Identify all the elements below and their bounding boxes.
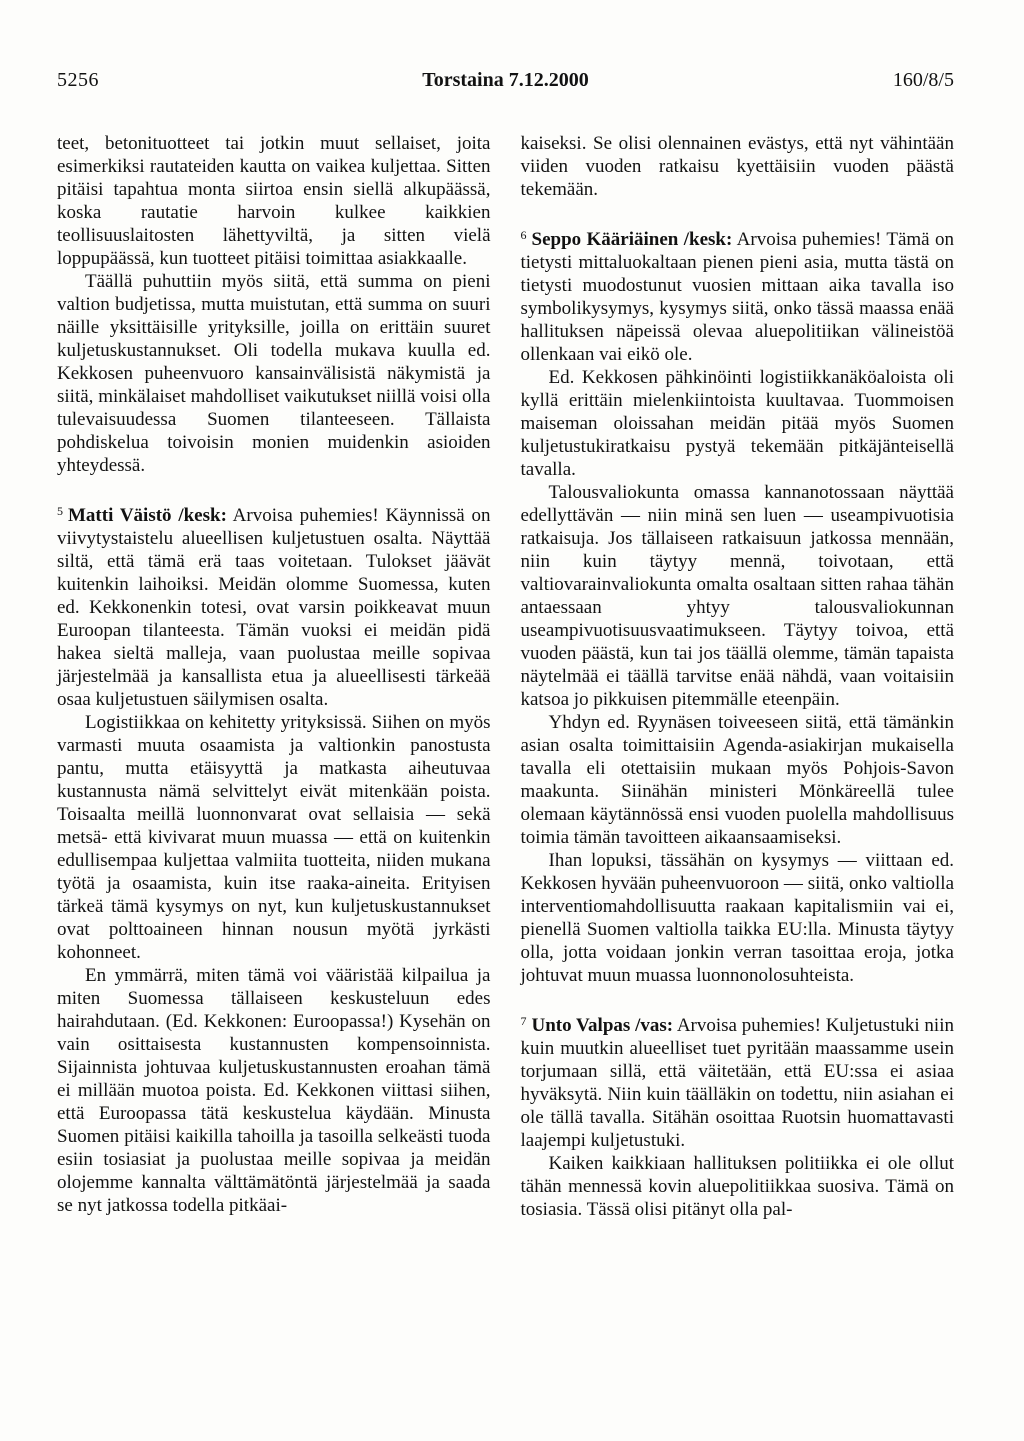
left-column: teet, betonituotteet tai jotkin muut sel… — [57, 132, 491, 1221]
speaker-name: Unto Valpas /vas: — [532, 1015, 674, 1036]
speech-number: 7 — [521, 1014, 527, 1028]
paragraph: Yhdyn ed. Ryynäsen toiveeseen siitä, ett… — [521, 711, 955, 849]
speech-number: 6 — [521, 228, 527, 242]
speech-paragraph: 7Unto Valpas /vas: Arvoisa puhemies! Kul… — [521, 1014, 955, 1152]
speaker-name: Seppo Kääriäinen /kesk: — [532, 229, 733, 250]
paragraph: teet, betonituotteet tai jotkin muut sel… — [57, 132, 491, 270]
page-title: Torstaina 7.12.2000 — [187, 68, 824, 92]
right-column: kaiseksi. Se olisi olennainen evästys, e… — [521, 132, 955, 1221]
paragraph: En ymmärrä, miten tämä voi vääristää kil… — [57, 964, 491, 1217]
paragraph: Logistiikkaa on kehitetty yrityksissä. S… — [57, 711, 491, 964]
document-reference: 160/8/5 — [824, 68, 954, 92]
speech-paragraph: 5Matti Väistö /kesk: Arvoisa puhemies! K… — [57, 504, 491, 711]
paragraph: Talousvaliokunta omassa kannanotossaan n… — [521, 481, 955, 711]
speaker-name: Matti Väistö /kesk: — [68, 505, 227, 526]
paragraph: Täällä puhuttiin myös siitä, että summa … — [57, 270, 491, 477]
page-header: 5256 Torstaina 7.12.2000 160/8/5 — [57, 68, 954, 92]
speech-paragraph: 6Seppo Kääriäinen /kesk: Arvoisa puhemie… — [521, 228, 955, 366]
paragraph: kaiseksi. Se olisi olennainen evästys, e… — [521, 132, 955, 201]
text-columns: teet, betonituotteet tai jotkin muut sel… — [57, 132, 954, 1221]
paragraph: Ed. Kekkosen pähkinöinti logistiikkanäkö… — [521, 366, 955, 481]
document-page: 5256 Torstaina 7.12.2000 160/8/5 teet, b… — [0, 0, 1024, 1441]
paragraph: Kaiken kaikkiaan hallituksen politiikka … — [521, 1152, 955, 1221]
page-number: 5256 — [57, 68, 187, 92]
speech-number: 5 — [57, 504, 63, 518]
paragraph: Ihan lopuksi, tässähän on kysymys — viit… — [521, 849, 955, 987]
